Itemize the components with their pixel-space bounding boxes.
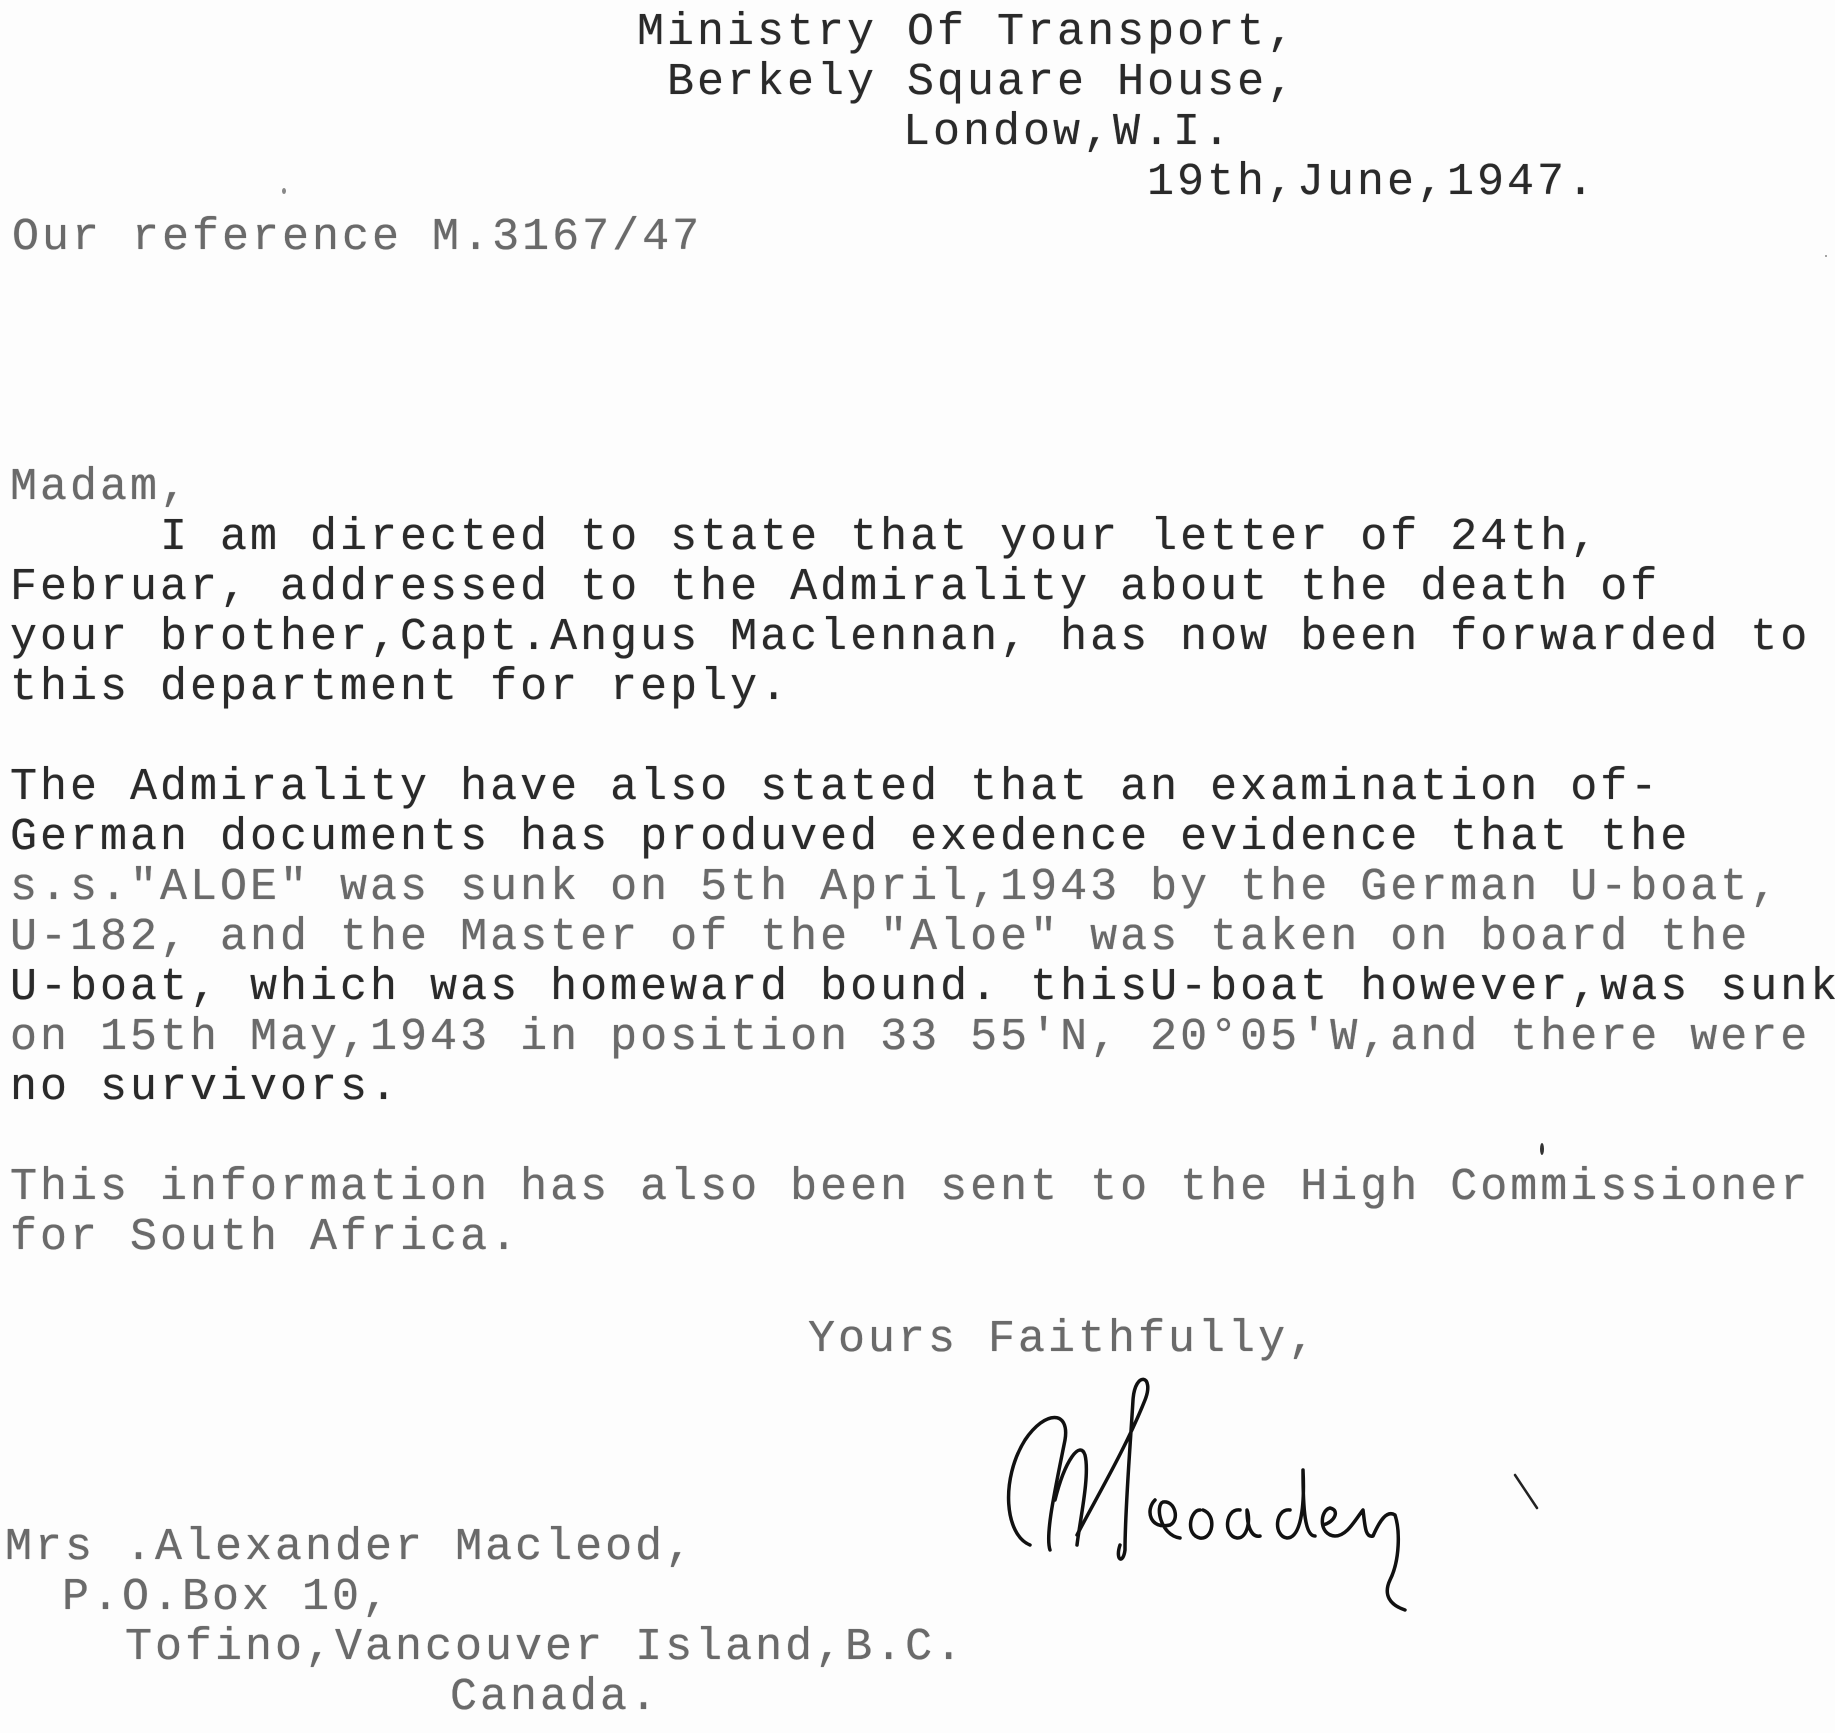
letterhead-building: Berkely Square House,	[667, 58, 1297, 108]
signature-icon	[985, 1360, 1605, 1620]
paragraph-line: no survivors.	[10, 1063, 1835, 1113]
paragraph-line: U-182, and the Master of the "Aloe" was …	[10, 913, 1835, 963]
recipient-city: Tofino,Vancouver Island,B.C.	[125, 1623, 965, 1673]
body-paragraph-1: I am directed to state that your letter …	[10, 513, 1810, 713]
reference-number: Our reference M.3167/47	[12, 213, 702, 263]
recipient-po-box: P.O.Box 10,	[62, 1573, 392, 1623]
letterhead-city: Londow,W.I.	[903, 108, 1233, 158]
scan-speck	[282, 188, 286, 194]
paragraph-line: German documents has produved exedence e…	[10, 813, 1835, 863]
salutation: Madam,	[10, 463, 190, 513]
paragraph-line: your brother,Capt.Angus Maclennan, has n…	[10, 613, 1810, 663]
paragraph-line: this department for reply.	[10, 663, 1810, 713]
recipient-country: Canada.	[450, 1673, 660, 1723]
paragraph-line: The Admirality have also stated that an …	[10, 763, 1835, 813]
paragraph-line: U-boat, which was homeward bound. thisU-…	[10, 963, 1835, 1013]
paragraph-line: s.s."ALOE" was sunk on 5th April,1943 by…	[10, 863, 1835, 913]
paragraph-line: on 15th May,1943 in position 33 55'N, 20…	[10, 1013, 1835, 1063]
closing: Yours Faithfully,	[808, 1315, 1318, 1365]
paragraph-line: I am directed to state that your letter …	[10, 513, 1810, 563]
letter-page: Ministry Of Transport, Berkely Square Ho…	[0, 0, 1835, 1733]
letter-date: 19th,June,1947.	[1147, 158, 1597, 208]
letterhead-ministry: Ministry Of Transport,	[637, 8, 1297, 58]
scan-speck	[1825, 255, 1827, 257]
scan-speck	[1540, 1143, 1544, 1155]
body-paragraph-3: This information has also been sent to t…	[10, 1163, 1810, 1263]
body-paragraph-2: The Admirality have also stated that an …	[10, 763, 1835, 1113]
paragraph-line: for South Africa.	[10, 1213, 1810, 1263]
recipient-name: Mrs .Alexander Macleod,	[5, 1523, 695, 1573]
paragraph-line: Februar, addressed to the Admirality abo…	[10, 563, 1810, 613]
paragraph-line: This information has also been sent to t…	[10, 1163, 1810, 1213]
